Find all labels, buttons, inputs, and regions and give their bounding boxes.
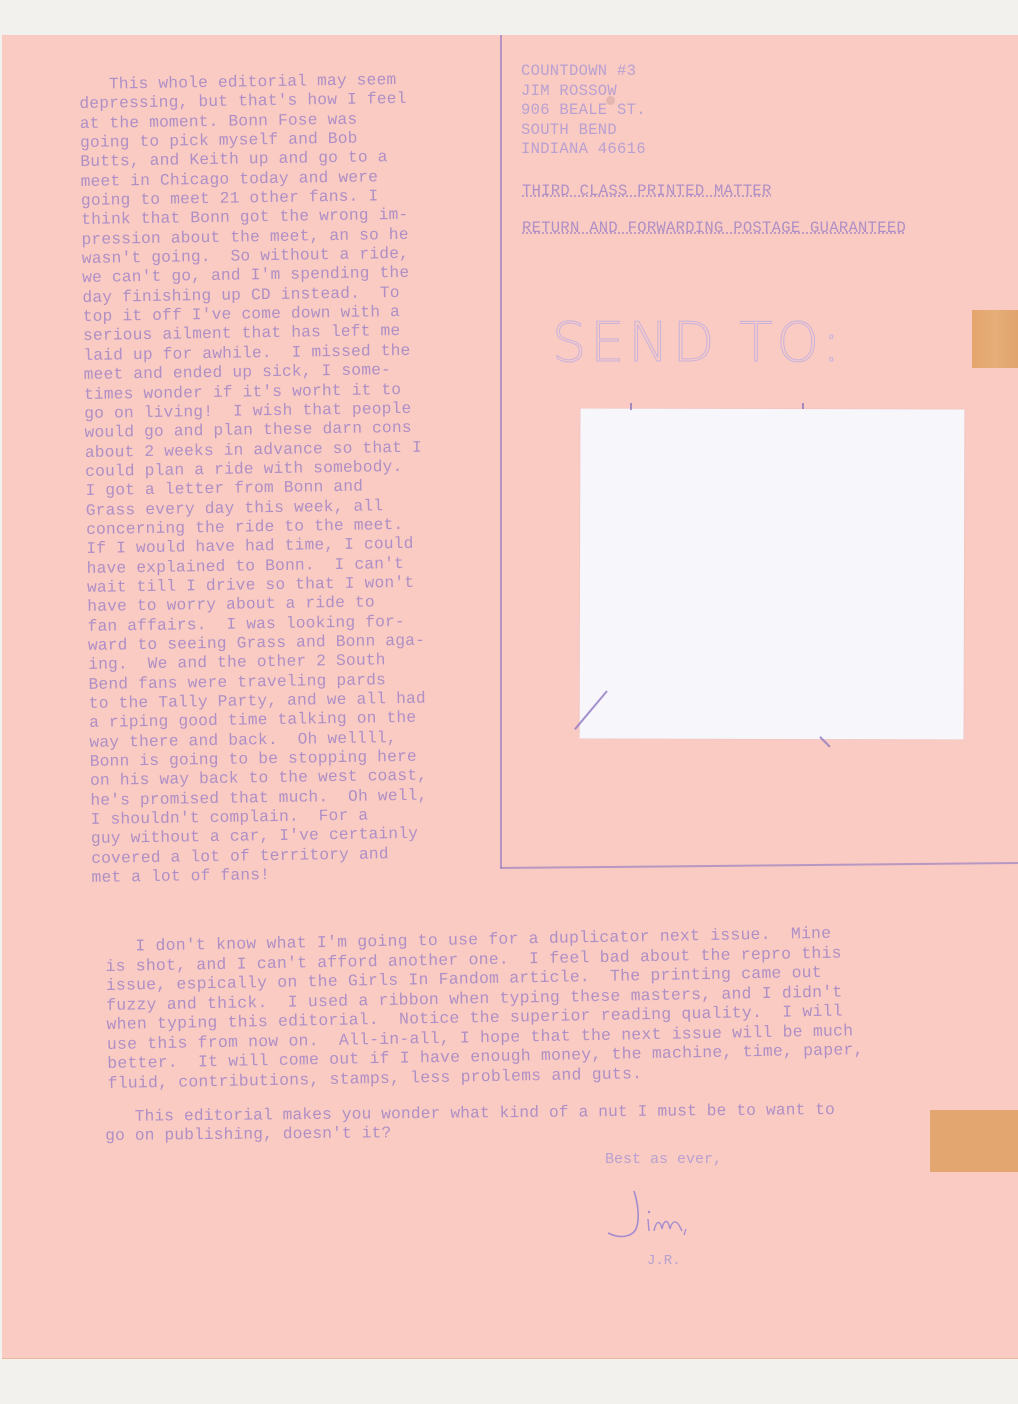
send-to-label: SEND TO: [552, 313, 844, 373]
editorial-paragraph-3: This editorial makes you wonder what kin… [105, 1101, 835, 1146]
label-tick-top-2 [802, 403, 804, 409]
mailing-panel-border-bottom [500, 862, 1018, 868]
address-line: 906 BEALE ST. [521, 101, 646, 121]
mail-class-notice: THIRD CLASS PRINTED MATTER [522, 182, 772, 200]
mailing-panel-border-left [500, 35, 502, 868]
author-initials: J.R. [647, 1253, 681, 1269]
address-line: JIM ROSSOW [521, 82, 646, 102]
address-line: INDIANA 46616 [521, 140, 646, 160]
tape-strip-top [972, 310, 1018, 368]
editorial-paragraph-1: This whole editorial may seemdepressing,… [79, 69, 512, 888]
tape-strip-bottom [930, 1110, 1018, 1172]
paper-spot [606, 96, 615, 105]
return-address: COUNTDOWN #3JIM ROSSOW906 BEALE ST.SOUTH… [521, 62, 646, 160]
address-line: SOUTH BEND [521, 121, 646, 141]
address-line: COUNTDOWN #3 [521, 62, 646, 82]
closing-line: Best as ever, [605, 1151, 722, 1168]
label-tick-top-1 [630, 403, 632, 410]
address-label [580, 408, 965, 739]
editorial-paragraph-2: I don't know what I'm going to use for a… [105, 921, 1008, 1093]
forwarding-notice: RETURN AND FORWARDING POSTAGE GUARANTEED [522, 219, 906, 237]
fanzine-page: This whole editorial may seemdepressing,… [2, 35, 1018, 1358]
handwritten-signature: Jim [602, 1185, 722, 1245]
